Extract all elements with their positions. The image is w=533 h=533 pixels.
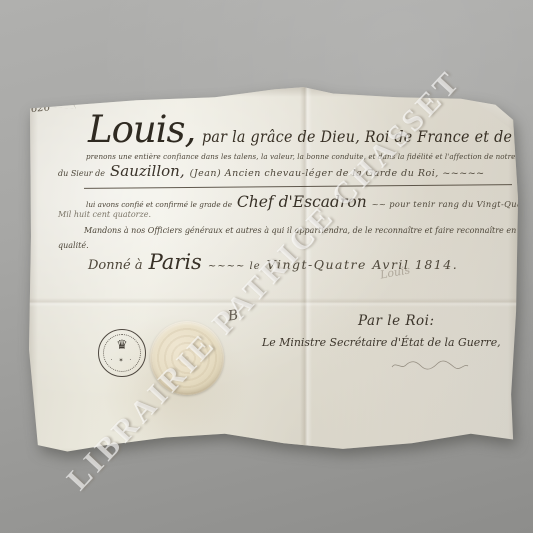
commission-year-line: Mil huit cent quatorze. <box>58 210 151 219</box>
inventory-mark: 626 <box>31 100 77 115</box>
crown-icon: ♛ <box>99 339 145 352</box>
preamble-line: prenons une entière confiance dans les t… <box>86 152 533 161</box>
grantee-name: Sauzillon, <box>110 162 185 180</box>
minister-signature-scrawl <box>390 358 470 372</box>
grantee-suffix: (Jean) Ancien chevau-léger de la Garde d… <box>190 168 485 179</box>
dateline-place: Paris <box>149 250 202 274</box>
paraph-mark: B <box>227 307 239 324</box>
commission-rank: Chef d'Escadron <box>237 192 367 211</box>
commission-line: lui avons confié et confirmé le grade de… <box>86 192 533 211</box>
embossed-paper-seal <box>150 321 224 395</box>
commission-suffix: ~~ pour tenir rang du Vingt-Quatre Avril <box>372 200 533 210</box>
photo-background: 626 Louis, par la grâce de Dieu, Roi de … <box>0 0 533 533</box>
commission-prefix: lui avons confié et confirmé le grade de <box>86 200 232 209</box>
mandate-end-line: qualité. <box>58 241 89 250</box>
royal-intitulation: Louis, par la grâce de Dieu, Roi de Fran… <box>88 108 533 151</box>
stamp-ornament: · ✶ · <box>99 357 145 364</box>
king-name: Louis, <box>88 108 195 151</box>
horizontal-fold-crease <box>28 298 520 307</box>
crown-ink-stamp: ♛ · ✶ · <box>98 329 146 377</box>
minister-title-line: Le Ministre Secrétaire d'État de la Guer… <box>262 335 501 349</box>
ink-rule <box>84 184 512 189</box>
grantee-prefix: du Sieur de <box>58 169 105 178</box>
countersign-heading: Par le Roi: <box>358 313 435 329</box>
royal-style: par la grâce de Dieu, Roi de France et d… <box>202 128 533 146</box>
dateline-prefix: Donné à <box>88 258 143 273</box>
document-shadow-wrap: 626 Louis, par la grâce de Dieu, Roi de … <box>0 0 533 533</box>
mandate-line: Mandons à nos Officiers généraux et autr… <box>84 226 533 235</box>
grantee-line: du Sieur de Sauzillon, (Jean) Ancien che… <box>58 162 485 180</box>
dateline-flourish: ~~~~ le <box>208 261 261 272</box>
document-page: 626 Louis, par la grâce de Dieu, Roi de … <box>28 86 520 462</box>
dateline-date: Vingt-Quatre Avril 1814. <box>267 257 459 272</box>
